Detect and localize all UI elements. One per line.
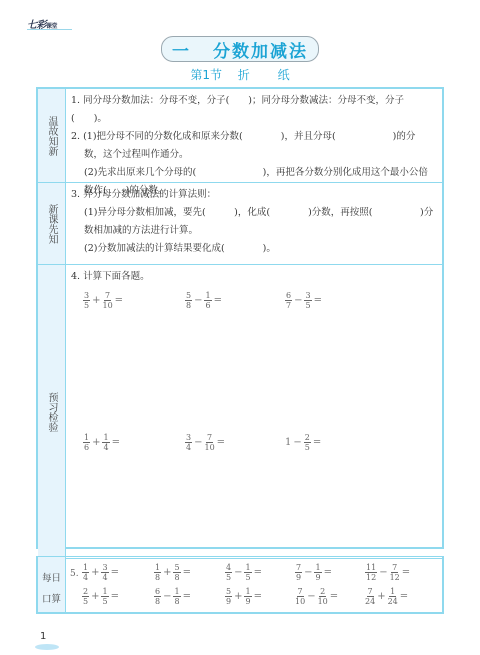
check-row: 预习检验 4. 计算下面各题。 35 + 710 = 58 − 16 = 67 … [38,265,442,559]
question-5: 5. [70,569,79,579]
review-label: 温故知新 [38,89,66,182]
daily-problem-4: 79 − 19 = [294,563,333,582]
question-3b: (2)分数加减法的计算结果要化成( )。 [71,240,436,258]
daily-problem-9: 710 − 210 = [294,587,339,606]
preview-label-text: 新课先知 [45,204,58,244]
check-problem-5: 34 − 710 = [184,433,226,452]
question-2a: 2. (1)把分母不同的分数化成和原来分数( )，并且分母( )的分 [71,128,436,146]
section-title-part-2: 纸 [278,68,290,82]
check-problem-2: 58 − 16 = [184,291,223,310]
daily-problem-3: 45 − 15 = [224,563,263,582]
review-label-text: 温故知新 [45,116,58,156]
section-title-part-1: 折 [238,68,250,82]
chapter-title-banner: 一 分数加减法 [161,36,319,62]
page-number-decoration [35,644,59,650]
logo-underline [27,29,72,30]
chapter-number: 一 [172,37,191,62]
question-3: 3. 异分母分数加减法的计算法则： [71,186,436,204]
daily-problem-8: 59 + 19 = [224,587,263,606]
check-content: 4. 计算下面各题。 [71,268,436,286]
review-row: 温故知新 1. 同分母分数加法：分母不变，分子( )；同分母分数减法：分母不变，… [38,89,442,183]
daily-problem-1: 14 + 34 = [81,563,120,582]
daily-problem-10: 724 + 124 = [364,587,409,606]
preview-row: 新课先知 3. 异分母分数加减法的计算法则： (1)异分母分数相加减，要先( )… [38,183,442,265]
preview-label: 新课先知 [38,183,66,264]
section-title: 第1节 折 纸 [0,66,480,83]
daily-label-line-2: 口算 [38,591,65,605]
question-2b: (2)先求出原来几个分母的( )，再把各分数分别化成用这个最小公倍 [71,164,436,182]
section-number: 第1节 [190,68,222,82]
daily-practice-box: 每日 口算 5. 14 + 34 = 18 + 58 = 45 − 15 = 7… [36,556,444,614]
daily-problem-7: 68 − 18 = [153,587,192,606]
check-label-text: 预习检验 [45,392,58,432]
check-problem-4: 16 + 14 = [82,433,121,452]
daily-problem-2: 18 + 58 = [153,563,192,582]
check-problem-6: 1 − 25 = [284,433,322,452]
question-1: 1. 同分母分数加法：分母不变，分子( )；同分母分数减法：分母不变，分子( )… [71,92,436,128]
question-3a-continued: 数相加减的方法进行计算。 [71,222,436,240]
question-3a: (1)异分母分数相加减，要先( )，化成( )分数，再按照( )分 [71,204,436,222]
chapter-title: 分数加减法 [213,37,308,62]
preview-content: 3. 异分母分数加减法的计算法则： (1)异分母分数相加减，要先( )，化成( … [71,186,436,258]
check-problem-1: 35 + 710 = [82,291,124,310]
question-2a-continued: 数，这个过程叫作通分。 [71,146,436,164]
check-label: 预习检验 [38,265,66,558]
question-4: 4. 计算下面各题。 [71,268,436,286]
daily-problem-6: 25 + 15 = [81,587,120,606]
daily-problem-5: 1112 − 712 = [364,563,411,582]
page-number: 1 [40,631,46,642]
daily-label-line-1: 每日 [38,570,65,584]
check-problem-3: 67 − 35 = [284,291,323,310]
worksheet-table: 温故知新 1. 同分母分数加法：分母不变，分子( )；同分母分数减法：分母不变，… [36,87,444,549]
